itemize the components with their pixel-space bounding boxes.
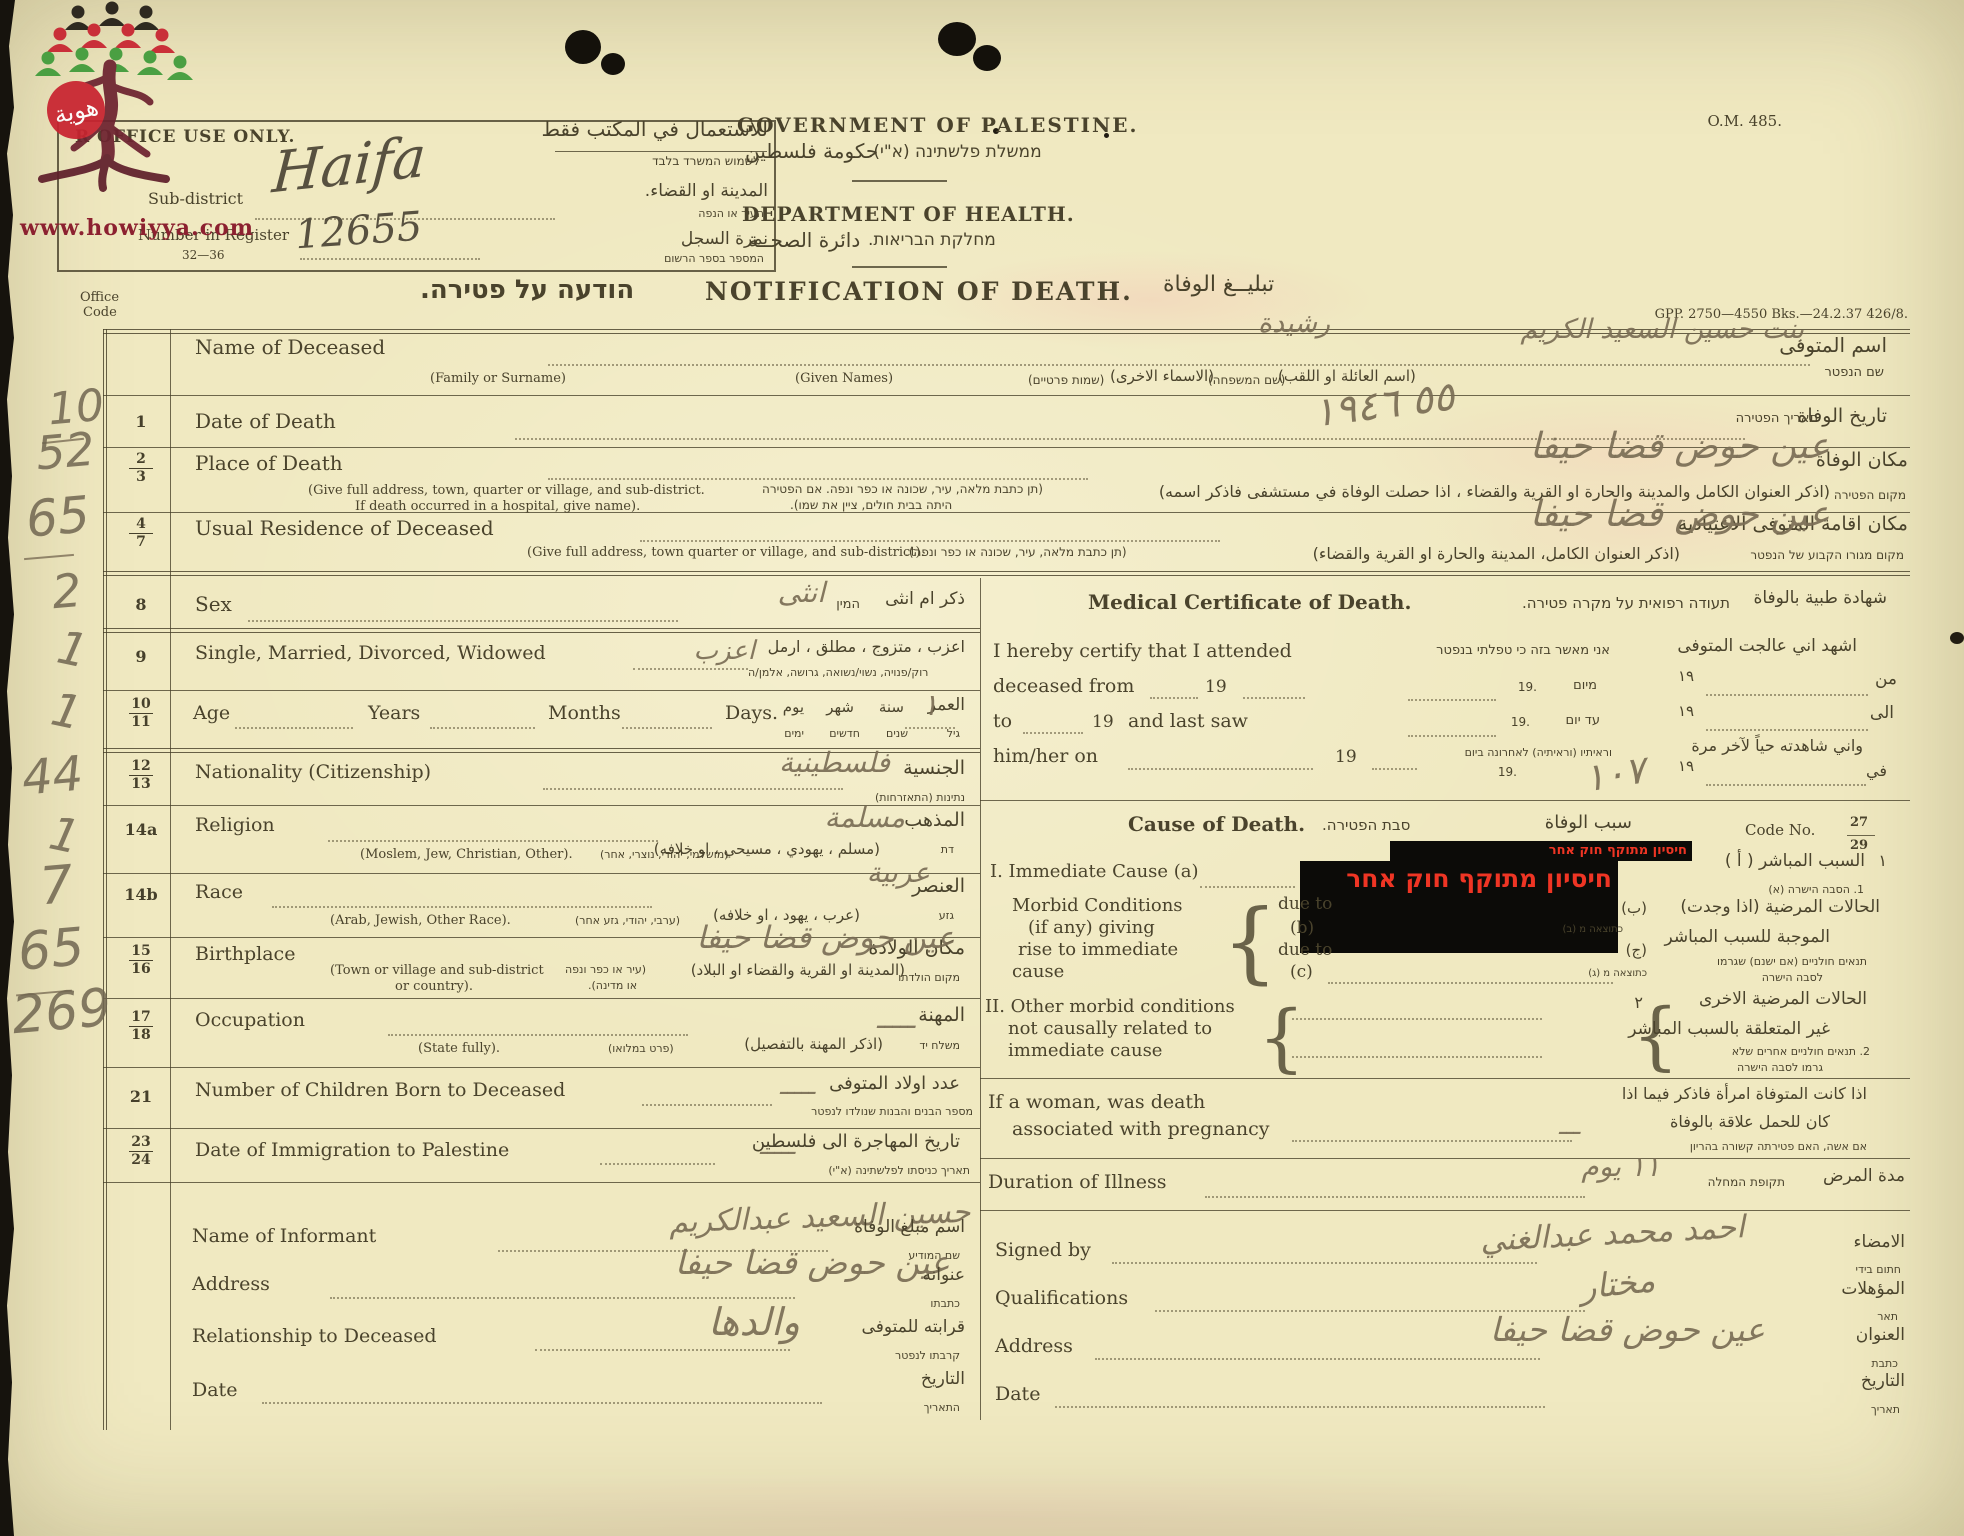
row-number: 23 (122, 452, 160, 485)
birthplace-sub-en: (Town or village and sub-district (330, 964, 544, 979)
row-number: 8 (122, 595, 160, 614)
age-months-ar: شهر (826, 699, 854, 716)
morbid-conditions-label: Morbid Conditions (1012, 896, 1183, 917)
morbid-conditions-label: cause (1012, 962, 1064, 983)
place-of-death-value: عين حوض قضا حيفا (1530, 426, 1830, 467)
other-morbid-num-ar: ٢ (1634, 994, 1643, 1012)
dotted-fill-line (1328, 982, 1613, 984)
age-years-ar: سنة (879, 699, 904, 716)
age-label-he: גיל (947, 728, 960, 741)
religion-label: Religion (195, 815, 275, 837)
other-morbid-label-he: 2. תנאים חולניים אחרים שלא (1732, 1046, 1870, 1059)
birthplace-sub-he: (עיר או כפר ונפה (565, 964, 646, 977)
nationality-value: فلسطينية (779, 746, 890, 779)
marital-label-ar: اعزب ، متزوج ، مطلق ، ارمل (768, 638, 965, 656)
register-range: 32—36 (182, 249, 225, 263)
attended-from-label: deceased from (993, 676, 1134, 698)
row-number: 1718 (122, 1010, 160, 1043)
year-19: 19 (1335, 748, 1357, 768)
dotted-fill-line (235, 727, 353, 729)
religion-sub-en: (Moslem, Jew, Christian, Other). (360, 848, 573, 863)
dotted-fill-line (642, 1104, 772, 1106)
dotted-fill-line (1292, 1018, 1542, 1020)
office-use-title-ar: للاستعمال في المكتب فقط (541, 118, 768, 141)
pregnancy-label-ar: اذا كانت المتوفاة امرأة فاذكر فيما اذا (1622, 1085, 1867, 1103)
row-divider (980, 1158, 1910, 1159)
medical-cert-heading-ar: شهادة طبية بالوفاة (1753, 589, 1887, 609)
place-label-he: מקום הפטירה (1834, 489, 1906, 503)
physician-address-label: Address (995, 1336, 1073, 1358)
signed-by-value: احمد محمد عبدالغني (1479, 1209, 1745, 1259)
subdistrict-label-ar: المدينة او القضاء. (645, 182, 768, 202)
pregnancy-label: associated with pregnancy (1012, 1119, 1269, 1141)
year-19-ar: ١٩ (1678, 703, 1694, 720)
brace: { (1258, 995, 1305, 1081)
form-title-en: NOTIFICATION OF DEATH. (705, 278, 1133, 307)
year-19-he: .19 (1511, 716, 1530, 730)
b-label-ar: (ب) (1621, 900, 1647, 917)
other-morbid-label: immediate cause (1008, 1041, 1162, 1062)
birthplace-sub-he: או מדינה). (588, 980, 637, 993)
signature-date-label: Date (995, 1384, 1040, 1406)
number-column-border (170, 329, 171, 1430)
informant-address-label-he: כתבתו (930, 1298, 960, 1311)
morbid-label-ar: الحالات المرضية (اذا وجدت) (1680, 898, 1880, 918)
row-divider (103, 998, 980, 999)
immigration-label-he: תאריך כניסתו לפלשתינה (א"י) (828, 1165, 970, 1178)
form-title-ar: تبليــغ الوفاة (1163, 272, 1274, 297)
torn-scan-edge (0, 0, 15, 1536)
row-divider (103, 1128, 980, 1129)
informant-name-label-ar: اسم مبلغ الوفاة (854, 1218, 965, 1238)
race-sub-en: (Arab, Jewish, Other Race). (330, 914, 511, 929)
dotted-fill-line (600, 1163, 715, 1165)
office-code-label: Code (83, 306, 117, 321)
pregnancy-label-ar: كان للحمل علاقة بالوفاة (1670, 1113, 1830, 1131)
underline (555, 151, 767, 152)
ink-speck (1950, 632, 1964, 644)
name-family-value: بنت حسين السعيد الكريم (1520, 314, 1804, 345)
immediate-cause-num-ar: ١ (1878, 852, 1887, 870)
signed-by-label-ar: الامضاء (1854, 1233, 1905, 1253)
dotted-fill-line (388, 1034, 688, 1036)
punch-hole (601, 53, 625, 75)
marital-value: اعزب (693, 636, 755, 666)
dotted-fill-line (1292, 1056, 1542, 1058)
date-of-death-label-he: תאריך הפטירה (1736, 412, 1818, 427)
dotted-fill-line (1112, 1262, 1537, 1264)
dotted-fill-line (1023, 732, 1083, 734)
row-divider (103, 395, 1910, 396)
qualifications-label-he: תאר (1877, 1311, 1898, 1324)
punch-hole (565, 30, 601, 64)
form-title-he: הודעה על פטירה. (420, 276, 634, 306)
dotted-fill-line (1408, 735, 1496, 737)
religion-label-ar: المذهب (904, 810, 965, 832)
watermark-url: www.howiyya.com (20, 216, 254, 241)
signed-by-label-he: חתום בידי (1856, 1264, 1902, 1277)
occupation-label-ar: المهنة (918, 1005, 965, 1027)
birthplace-label-he: מקום הולדתו (898, 972, 960, 985)
morbid-label-he: לסבה הישרה (1762, 972, 1823, 985)
redaction-text-small: חיסיון מתוקף חוק אחר (1390, 841, 1692, 861)
occupation-sub-he: (פרט במלואו) (608, 1043, 674, 1056)
due-to-label: due to (1278, 941, 1332, 961)
age-days-ar: يوم (783, 699, 804, 716)
name-sub-family-he: (שם המשפחה) (1208, 374, 1285, 388)
immediate-cause-label-ar: السبب المباشر ( أ ) (1725, 852, 1865, 872)
signature-date-label-ar: التاريخ (1861, 1372, 1905, 1392)
margin-code: 1 (53, 620, 93, 679)
signed-by-label: Signed by (995, 1240, 1091, 1262)
dotted-fill-line (535, 1349, 790, 1351)
birthplace-sub-ar: (المدينة او القرية والقضاء او البلاد) (691, 962, 905, 979)
age-label: Age (193, 703, 230, 725)
residence-sub-en: (Give full address, town quarter or vill… (527, 546, 925, 561)
margin-code: 2 (50, 563, 84, 619)
physician-address-label-ar: العنوان (1856, 1326, 1905, 1346)
race-label: Race (195, 882, 243, 904)
age-years-he: שנים (886, 728, 908, 741)
occupation-label-he: משלח יד (919, 1040, 960, 1053)
row-number: 1213 (122, 759, 160, 792)
duration-label: Duration of Illness (988, 1172, 1166, 1194)
dotted-fill-line (1706, 784, 1866, 786)
year-19-he: .19 (1498, 766, 1517, 780)
occupation-label: Occupation (195, 1010, 305, 1032)
marital-label-he: רוק/פנויה, נשוי/נשואה, גרושה, אלמן/ה (748, 667, 928, 680)
duration-label-ar: مدة المرض (1823, 1167, 1905, 1187)
dotted-fill-line (548, 364, 1810, 366)
certify-text-ar: اشهد اني عالجت المتوفى (1677, 637, 1857, 657)
office-use-title-he: לשמוש המשרד בלבד (652, 155, 760, 169)
howiyya-logo: هوية (14, 0, 214, 212)
dotted-fill-line (1095, 1358, 1540, 1360)
margin-code: 52 (34, 422, 97, 481)
brace: { (1222, 890, 1278, 993)
row-number: 21 (122, 1087, 160, 1106)
race-sub-he: (ערבי, יהודי, גזע אחר) (575, 915, 680, 928)
row-number: 1 (122, 412, 160, 431)
qualifications-label: Qualifications (995, 1288, 1128, 1310)
children-label: Number of Children Born to Deceased (195, 1080, 565, 1102)
place-sub-en: If death occurred in a hospital, give na… (355, 500, 640, 515)
code-no-label: Code No. (1745, 822, 1815, 839)
code-no-fraction-line (1847, 835, 1875, 836)
morbid-conditions-label: (if any) giving (1028, 918, 1155, 939)
punch-hole (938, 22, 976, 56)
certify-text: I hereby certify that I attended (993, 641, 1292, 663)
dotted-fill-line (262, 1402, 822, 1404)
immigration-label: Date of Immigration to Palestine (195, 1140, 509, 1162)
b-label-he: כתוצאה מ (ב) (1563, 924, 1623, 936)
margin-code: 65 (24, 485, 92, 548)
morbid-label-ar: الموجبة للسبب المباشر (1664, 928, 1830, 948)
attended-to-label: to (993, 711, 1012, 733)
residence-sub-ar: (اذكر العنوان الكامل، المدينة والحارة او… (1313, 545, 1680, 563)
residence-sub-he: (תן כתבת מלאה, עיר, שכונה או כפר ונפה). (905, 546, 1127, 560)
pregnancy-label: If a woman, was death (988, 1092, 1205, 1114)
children-label-ar: عدد اولاد المتوفى (829, 1074, 960, 1095)
morbid-conditions-label: rise to immediate (1018, 940, 1178, 961)
margin-code-underline (24, 554, 74, 560)
religion-value: مسلمة (825, 801, 905, 834)
department-title-he: מחלקת הבריאות. (868, 231, 996, 251)
redaction-box: חיסיון מתוקף חוק אחר (1390, 841, 1692, 861)
pregnancy-value: ـــ (1559, 1112, 1580, 1140)
birthplace-sub-en: or country). (395, 980, 473, 995)
occupation-sub-ar: (اذكر المهنة بالتفصيل) (744, 1036, 883, 1053)
other-morbid-label-ar: غير المتعلقة بالسبب المباشر (1628, 1020, 1830, 1040)
row-number: 47 (122, 517, 160, 550)
header-divider (852, 180, 947, 182)
certify-text-he: אני מאשר בזה כי טפלתי בנפטר (1436, 644, 1610, 659)
informant-date-label-he: התאריך (924, 1402, 960, 1415)
name-given-value: رشيدة (1258, 308, 1330, 339)
him-her-on-label: him/her on (993, 746, 1098, 768)
row-number: 1011 (122, 697, 160, 730)
row-divider (103, 1182, 980, 1183)
dotted-fill-line (330, 1297, 795, 1299)
dotted-fill-line (1706, 729, 1868, 731)
from-label-he: מיום (1573, 679, 1597, 694)
age-months-label: Months (548, 703, 621, 725)
row-divider (980, 800, 1910, 801)
physician-address-label-he: כתבת (1871, 1358, 1898, 1371)
margin-code: 269 (10, 978, 114, 1046)
qualifications-value: مختار (1578, 1260, 1657, 1307)
immediate-cause-label-he: 1. הסבה הישרה (א) (1768, 884, 1864, 897)
saw-label-ar: واني شاهدته حياً لآخر مرة (1691, 737, 1863, 755)
dotted-fill-line (272, 906, 652, 908)
medical-section-border (980, 578, 981, 1420)
row-number: 14a (122, 820, 160, 839)
register-label-he: המספר בספר הרשום (664, 253, 764, 266)
office-code-label: Office (80, 291, 119, 306)
c-label-ar: (ج) (1626, 942, 1647, 959)
place-sub-he: היתה בבית חולים, ציין את שמו). (790, 499, 952, 513)
year-19: 19 (1092, 713, 1114, 733)
cause-heading-ar: سبب الوفاة (1545, 813, 1632, 834)
age-value: ١ (922, 688, 938, 723)
informant-address-label-ar: عنوانه (922, 1266, 965, 1286)
row-number: 9 (122, 647, 160, 666)
code-no-top: 27 (1850, 816, 1868, 831)
relationship-label: Relationship to Deceased (192, 1326, 437, 1348)
name-label: Name of Deceased (195, 336, 385, 359)
physician-address-value: عين حوض قضا حيفا (1490, 1310, 1765, 1349)
sex-label-ar: ذكر ام انثى (885, 590, 965, 610)
dotted-fill-line (543, 788, 843, 790)
dotted-fill-line (1150, 697, 1198, 699)
row-number: 2324 (122, 1135, 160, 1168)
to-label-ar: الى (1870, 704, 1894, 724)
c-label-he: כתוצאה מ (ג) (1588, 968, 1647, 980)
dotted-fill-line (430, 727, 535, 729)
row-number: 1516 (122, 944, 160, 977)
row-divider (103, 628, 980, 633)
dotted-fill-line (1706, 694, 1868, 696)
relationship-label-he: קרבתו לנפטר (895, 1350, 960, 1363)
residence-label: Usual Residence of Deceased (195, 517, 494, 540)
signature-date-label-he: תאריך (1871, 1404, 1900, 1417)
nationality-label-ar: الجنسية (903, 758, 965, 780)
header-divider (852, 266, 947, 268)
government-title-he: ממשלת פלשתינה (א"י). (868, 143, 1042, 163)
to-label-he: עד יום (1566, 714, 1600, 729)
informant-address-value: عين حوض قضا حيفا (675, 1243, 950, 1282)
dotted-fill-line (1205, 1196, 1585, 1198)
occupation-value: ـــــ (877, 1005, 915, 1035)
department-title-en: DEPARTMENT OF HEALTH. (742, 203, 1075, 226)
religion-sub-ar: (مسلم ، يهودي ، مسيحي ، او خلافه) (654, 841, 880, 858)
dotted-fill-line (633, 668, 748, 670)
cause-heading: Cause of Death. (1128, 813, 1305, 836)
residence-label-he: מקום מגורו הקבוע של הנפטר (1750, 549, 1904, 563)
marital-label: Single, Married, Divorced, Widowed (195, 643, 546, 665)
duration-label-he: תקופת המחלה (1708, 1176, 1785, 1190)
name-sub-given-ar: (الاسماء الاخرى) (1110, 368, 1214, 385)
dotted-fill-line (1292, 1140, 1572, 1142)
race-value: عربية (867, 856, 930, 889)
row-divider (103, 1067, 980, 1068)
place-of-death-label: Place of Death (195, 452, 343, 475)
date-of-death-label: Date of Death (195, 410, 336, 433)
due-to-label: due to (1278, 895, 1332, 915)
birthplace-value: عين حوض قضا حيفا (697, 920, 955, 956)
other-morbid-label-he: גרמו לסבה הישרה (1737, 1062, 1823, 1075)
dotted-fill-line (300, 258, 480, 260)
birthplace-label: Birthplace (195, 944, 295, 966)
name-sub-given: (Given Names) (795, 372, 893, 387)
occupation-sub-en: (State fully). (418, 1042, 500, 1057)
relationship-label-ar: قرابته للمتوفى (862, 1318, 965, 1338)
residence-value: عين حوض قضا حيفا (1530, 494, 1830, 535)
name-sub-given-he: (שמות פרטיים) (1028, 374, 1104, 388)
informant-name-label: Name of Informant (192, 1226, 376, 1248)
last-saw-label: and last saw (1128, 711, 1248, 733)
dotted-fill-line (1200, 886, 1295, 888)
dotted-fill-line (248, 620, 678, 622)
immediate-cause-label: I. Immediate Cause (a) (990, 862, 1199, 883)
government-title-en: GOVERNMENT OF PALESTINE. (737, 114, 1139, 137)
scanned-death-notification-form: R OFFICE USE ONLY. للاستعمال في المكتب ف… (0, 0, 1964, 1536)
year-19-ar: ١٩ (1678, 668, 1694, 685)
table-left-border (103, 329, 107, 1430)
redaction-box: חיסיון מתוקף חוק אחר (1300, 861, 1618, 953)
c-label: (c) (1290, 963, 1313, 983)
margin-code: 65 (16, 917, 87, 983)
department-title-ar: دائرة الصحــة (748, 229, 860, 252)
row-number: 14b (122, 885, 160, 904)
age-years-label: Years (368, 703, 420, 725)
dotted-fill-line (1243, 697, 1305, 699)
dotted-fill-line (1372, 768, 1417, 770)
informant-address-label: Address (192, 1274, 270, 1296)
form-serial: O.M. 485. (1708, 113, 1782, 130)
dotted-fill-line (1055, 1406, 1545, 1408)
row-divider (103, 571, 1910, 576)
dotted-fill-line (622, 727, 712, 729)
other-morbid-label: not causally related to (1008, 1019, 1212, 1040)
dotted-fill-line (1128, 768, 1313, 770)
medical-cert-heading-he: תעודה רפואית על מקרה פטירה. (1522, 595, 1730, 612)
qualifications-label-ar: المؤهلات (1841, 1280, 1905, 1300)
morbid-label-he: תנאים חולניים (אם ישנם) שגרמו (1717, 956, 1867, 969)
cause-heading-he: סבת הפטירה. (1322, 817, 1410, 834)
row-divider (103, 690, 980, 691)
year-19-he: .19 (1518, 681, 1537, 695)
other-morbid-label: II. Other morbid conditions (985, 997, 1235, 1018)
place-sub-en: (Give full address, town, quarter or vil… (308, 484, 705, 499)
dotted-fill-line (1408, 699, 1496, 701)
name-label-he: שם הנפטר (1824, 366, 1884, 381)
row-divider (103, 873, 980, 874)
age-days-he: ימים (784, 728, 804, 741)
informant-date-label: Date (192, 1380, 237, 1402)
sex-label-he: המין (836, 598, 860, 613)
duration-value: ١١ يوم (1581, 1150, 1660, 1183)
dotted-fill-line (328, 840, 658, 842)
margin-code: 7 (37, 855, 75, 918)
place-sub-he: (תן כתבת מלאה, עיר, שכונה או כפר ונפה. א… (762, 483, 1043, 497)
children-label-he: מספר הבנים והבנות שנולדו לנפטר (811, 1106, 973, 1119)
from-label-ar: من (1875, 670, 1897, 690)
relationship-value: والدها (708, 1300, 800, 1344)
other-morbid-label-ar: الحالات المرضية الاخرى (1699, 990, 1867, 1010)
informant-date-label-ar: التاريخ (921, 1370, 965, 1390)
government-title-ar: حكومة فلسطين (745, 140, 878, 163)
row-divider (980, 1210, 1910, 1211)
register-value-handwriting: 12655 (294, 204, 424, 259)
year-19-ar: ١٩ (1678, 758, 1694, 775)
sex-value: انثى (778, 576, 825, 609)
age-days-label: Days. (725, 703, 778, 725)
margin-code: 1 (47, 682, 87, 741)
redaction-text-large: חיסיון מתוקף חוק אחר (1300, 861, 1618, 893)
name-sub-family: (Family or Surname) (430, 372, 566, 387)
medical-cert-heading: Medical Certificate of Death. (1088, 591, 1411, 614)
age-months-he: חדשים (829, 728, 860, 741)
year-19: 19 (1205, 678, 1227, 698)
children-value: ـــــ (780, 1072, 815, 1100)
margin-code: 44 (20, 745, 86, 806)
dotted-fill-line (548, 478, 1088, 480)
pregnancy-label-he: אם אשה, האם פטירתה קשורה בהריון (1690, 1141, 1867, 1154)
logo-calligraphy-seal: هوية (42, 76, 111, 145)
punch-hole (973, 45, 1001, 71)
nationality-label: Nationality (Citizenship) (195, 762, 431, 784)
b-label: (b) (1290, 919, 1314, 939)
religion-label-he: דת (941, 844, 954, 857)
row-divider (980, 1078, 1910, 1079)
dotted-fill-line (640, 540, 1220, 542)
immigration-value: ـــــ (760, 1132, 795, 1160)
medical-code-handwriting: ١٠٧ (1581, 747, 1648, 800)
sex-label: Sex (195, 593, 232, 616)
saw-label-ar2: في (1866, 762, 1887, 780)
